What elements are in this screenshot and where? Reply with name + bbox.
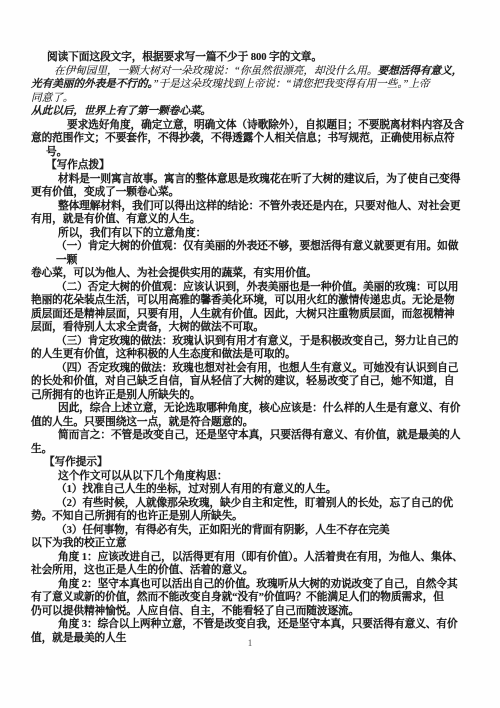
text-segment: （一）肯定大树的价值观：仅有美丽的外表还不够，要想活得有意义就要更有用。如做 (56, 240, 458, 252)
text-line: 的人生更有价值，这种积极的人生态度和做法是可取的。 (31, 348, 471, 362)
text-line: 所以，我们有以下的立意角度： (31, 227, 471, 241)
text-line: 号。 (31, 146, 471, 160)
text-line: 的长处和价值，对自己缺乏自信，盲从轻信了大树的建议，轻易改变了自己，她不知道，自 (31, 375, 471, 389)
text-segment: 的人生更有价值，这种积极的人生态度和做法是可取的。 (31, 348, 296, 360)
text-segment: 从此以后，世界上有了第一颗卷心菜。 (31, 105, 211, 117)
text-segment: 质层面还是精神层面，只要有用，人生就有价值。因此，大树只注重物质层面，而忽视精神 (31, 308, 455, 320)
text-segment: （1）找准自己人生的坐标，过对别人有用的有意义的人生。 (56, 483, 337, 495)
text-segment: 在伊甸园里，一颗大树对一朵玫瑰说：“你虽然很漂亮，却没什么用。 (54, 65, 377, 77)
text-line: 同意了。 (31, 92, 471, 106)
text-line: 阅读下面这段文字，根据要求写一篇不少于 800 字的文章。 (31, 51, 471, 65)
text-segment: 值的人生。只要围绕这一点，就是符合题意的。 (31, 416, 253, 428)
text-line: 材料是一则寓言故事。寓言的整体意思是玫瑰花在听了大树的建议后，为了使自己变得 (31, 173, 471, 187)
text-line: 仍可以提供精神愉悦。人应自信、自主，不能看轻了自己而随波逐流。 (31, 605, 471, 619)
text-segment: （3）任何事物，有得必有失，正如阳光的背面有阴影，人生不存在完美 (56, 524, 389, 536)
document-body: 阅读下面这段文字，根据要求写一篇不少于 800 字的文章。在伊甸园里，一颗大树对… (31, 51, 471, 645)
text-segment: （2）有些时候，人就像那朵玫瑰，缺少自主和定性，盯着别人的长处，忘了自己的优 (56, 497, 453, 509)
document-page: 阅读下面这段文字，根据要求写一篇不少于 800 字的文章。在伊甸园里，一颗大树对… (0, 0, 500, 708)
text-line: 角度 1：应该改进自己，以活得更有用（即有价值）。人活着贵在有用，为他人、集体、 (31, 551, 471, 565)
text-line: 这个作文可以从以下几个角度构思： (31, 470, 471, 484)
text-line: （三）肯定玫瑰的做法：玫瑰认识到有用才有意义，于是积极改变自己，努力让自己的 (31, 335, 471, 349)
text-segment: 这个作文可以从以下几个角度构思： (58, 470, 227, 482)
text-segment: 卷心菜，可以为他人、为社会提供实用的蔬菜，有实用价值。 (31, 267, 317, 279)
text-line: （四）否定玫瑰的做法：玫瑰也想对社会有用，也想人生有意义。可她没有认识到自己 (31, 362, 471, 376)
text-line: 角度 2：坚守本真也可以活出自己的价值。玫瑰听从大树的劝说改变了自己，自然令其 (31, 578, 471, 592)
text-segment: （三）肯定玫瑰的做法：玫瑰认识到有用才有意义，于是积极改变自己，努力让自己的 (56, 335, 458, 347)
text-segment: 更有价值，变成了一颗卷心菜。 (31, 186, 179, 198)
text-segment: 社会所用，这也正是人生的价值、活着的意义。 (31, 564, 253, 576)
text-segment: 仍可以提供精神愉悦。人应自信、自主，不能看轻了自己而随波逐流。 (31, 605, 359, 617)
text-segment: 要求选好角度，确定立意，明确文体（诗歌除外），自拟题目；不要脱离材料内容及含 (67, 119, 464, 131)
text-line: 在伊甸园里，一颗大树对一朵玫瑰说：“你虽然很漂亮，却没什么用。要想活得有意义， (31, 65, 471, 79)
text-line: 一颗 (31, 254, 471, 268)
text-line: 意的范围作文；不要套作，不得抄袭，不得透露个人相关信息；书写规范，正确使用标点符 (31, 132, 471, 146)
text-line: （二）否定大树的价值观：应该认识到，外表美丽也是一种价值。美丽的玫瑰：可以用 (31, 281, 471, 295)
section-heading: 【写作点拨】 (31, 159, 471, 173)
text-segment: 光有美丽的外表是不行的。 (31, 78, 153, 90)
text-segment: 以下为我的校正立意 (31, 537, 126, 549)
page-number: 1 (0, 638, 500, 648)
text-line: 从此以后，世界上有了第一颗卷心菜。 (31, 105, 471, 119)
text-line: 质层面还是精神层面，只要有用，人生就有价值。因此，大树只注重物质层面，而忽视精神 (31, 308, 471, 322)
text-segment: 阅读下面这段文字，根据要求写一篇不少于 800 字的文章。 (47, 51, 322, 63)
section-heading: 以下为我的校正立意 (31, 537, 471, 551)
text-segment: 的长处和价值，对自己缺乏自信，盲从轻信了大树的建议，轻易改变了自己，她不知道，自 (31, 375, 455, 387)
text-segment: 有用，就是有价值、有意义的人生。 (31, 213, 200, 225)
text-segment: 所以，我们有以下的立意角度： (58, 227, 206, 239)
text-line: 社会所用，这也正是人生的价值、活着的意义。 (31, 564, 471, 578)
text-segment: 角度 2：坚守本真也可以活出自己的价值。玫瑰听从大树的劝说改变了自己，自然令其 (58, 578, 458, 590)
text-line: （2）有些时候，人就像那朵玫瑰，缺少自主和定性，盯着别人的长处，忘了自己的优 (31, 497, 471, 511)
section-heading: 【写作提示】 (31, 456, 471, 470)
text-segment: 角度 3：综合以上两种立意，不管是改变自我，还是坚守本真，只要活得有意义、有价 (58, 618, 458, 630)
text-segment: 材料是一则寓言故事。寓言的整体意思是玫瑰花在听了大树的建议后，为了使自己变得 (58, 173, 460, 185)
text-line: 己所拥有的也许正是别人所缺失的。 (31, 389, 471, 403)
text-line: 要求选好角度，确定立意，明确文体（诗歌除外），自拟题目；不要脱离材料内容及含 (31, 119, 471, 133)
text-segment: 【写作提示】 (44, 456, 108, 468)
text-line: 值的人生。只要围绕这一点，就是符合题意的。 (31, 416, 471, 430)
text-segment: 有了意义或新的价值，然而不能改变自身就“没有”价值吗？不能满足人们的物质需求，但 (31, 591, 444, 603)
text-line: 艳丽的花朵装点生活，可以用高雅的馨香美化环境，可以用火红的激情传递忠贞。无论是物 (31, 294, 471, 308)
text-line: 因此，综合上述立意，无论选取哪种角度，核心应该是：什么样的人生是有意义、有价 (31, 402, 471, 416)
text-line: 光有美丽的外表是不行的。”于是这朵玫瑰找到上帝说：“请您把我变得有用一些。”上帝 (31, 78, 471, 92)
text-segment: 意的范围作文；不要套作，不得抄袭，不得透露个人相关信息；书写规范，正确使用标点符 (31, 132, 455, 144)
text-line: 卷心菜，可以为他人、为社会提供实用的蔬菜，有实用价值。 (31, 267, 471, 281)
text-line: 更有价值，变成了一颗卷心菜。 (31, 186, 471, 200)
text-segment: 艳丽的花朵装点生活，可以用高雅的馨香美化环境，可以用火红的激情传递忠贞。无论是物 (31, 294, 455, 306)
text-line: 有了意义或新的价值，然而不能改变自身就“没有”价值吗？不能满足人们的物质需求，但 (31, 591, 471, 605)
text-segment: 整体理解材料，我们可以得出这样的结论：不管外表还是内在，只要对他人、对社会更 (58, 200, 460, 212)
text-line: 势。不知自己所拥有的也许正是别人所缺失。 (31, 510, 471, 524)
text-line: （一）肯定大树的价值观：仅有美丽的外表还不够，要想活得有意义就要更有用。如做 (31, 240, 471, 254)
text-line: 层面，看待别人太求全责备，大树的做法不可取。 (31, 321, 471, 335)
text-segment: 同意了。 (31, 92, 73, 104)
text-line: 角度 3：综合以上两种立意，不管是改变自我，还是坚守本真，只要活得有意义、有价 (31, 618, 471, 632)
text-segment: 生。 (31, 443, 52, 455)
text-line: （3）任何事物，有得必有失，正如阳光的背面有阴影，人生不存在完美 (31, 524, 471, 538)
text-line: （1）找准自己人生的坐标，过对别人有用的有意义的人生。 (31, 483, 471, 497)
text-segment: 势。不知自己所拥有的也许正是别人所缺失。 (31, 510, 243, 522)
text-segment: （二）否定大树的价值观：应该认识到，外表美丽也是一种价值。美丽的玫瑰：可以用 (56, 281, 458, 293)
text-segment: 要想活得有意义， (377, 65, 462, 77)
text-line: 生。 (31, 443, 471, 457)
text-line: 简而言之：不管是改变自己，还是坚守本真，只要活得有意义、有价值，就是最美的人 (31, 429, 471, 443)
text-line: 有用，就是有价值、有意义的人生。 (31, 213, 471, 227)
text-segment: 因此，综合上述立意，无论选取哪种角度，核心应该是：什么样的人生是有意义、有价 (58, 402, 460, 414)
text-segment: （四）否定玫瑰的做法：玫瑰也想对社会有用，也想人生有意义。可她没有认识到自己 (56, 362, 458, 374)
text-segment: 己所拥有的也许正是别人所缺失的。 (31, 389, 200, 401)
text-segment: 简而言之：不管是改变自己，还是坚守本真，只要活得有意义、有价值，就是最美的人 (58, 429, 460, 441)
text-segment: ”于是这朵玫瑰找到上帝说：“请您把我变得有用一些。”上帝 (153, 78, 430, 90)
text-line: 整体理解材料，我们可以得出这样的结论：不管外表还是内在，只要对他人、对社会更 (31, 200, 471, 214)
text-segment: 号。 (46, 146, 67, 158)
text-segment: 层面，看待别人太求全责备，大树的做法不可取。 (31, 321, 264, 333)
text-segment: 【写作点拨】 (46, 159, 110, 171)
text-segment: 角度 1：应该改进自己，以活得更有用（即有价值）。人活着贵在有用，为他人、集体、 (58, 551, 463, 563)
text-segment: 一颗 (56, 254, 77, 266)
